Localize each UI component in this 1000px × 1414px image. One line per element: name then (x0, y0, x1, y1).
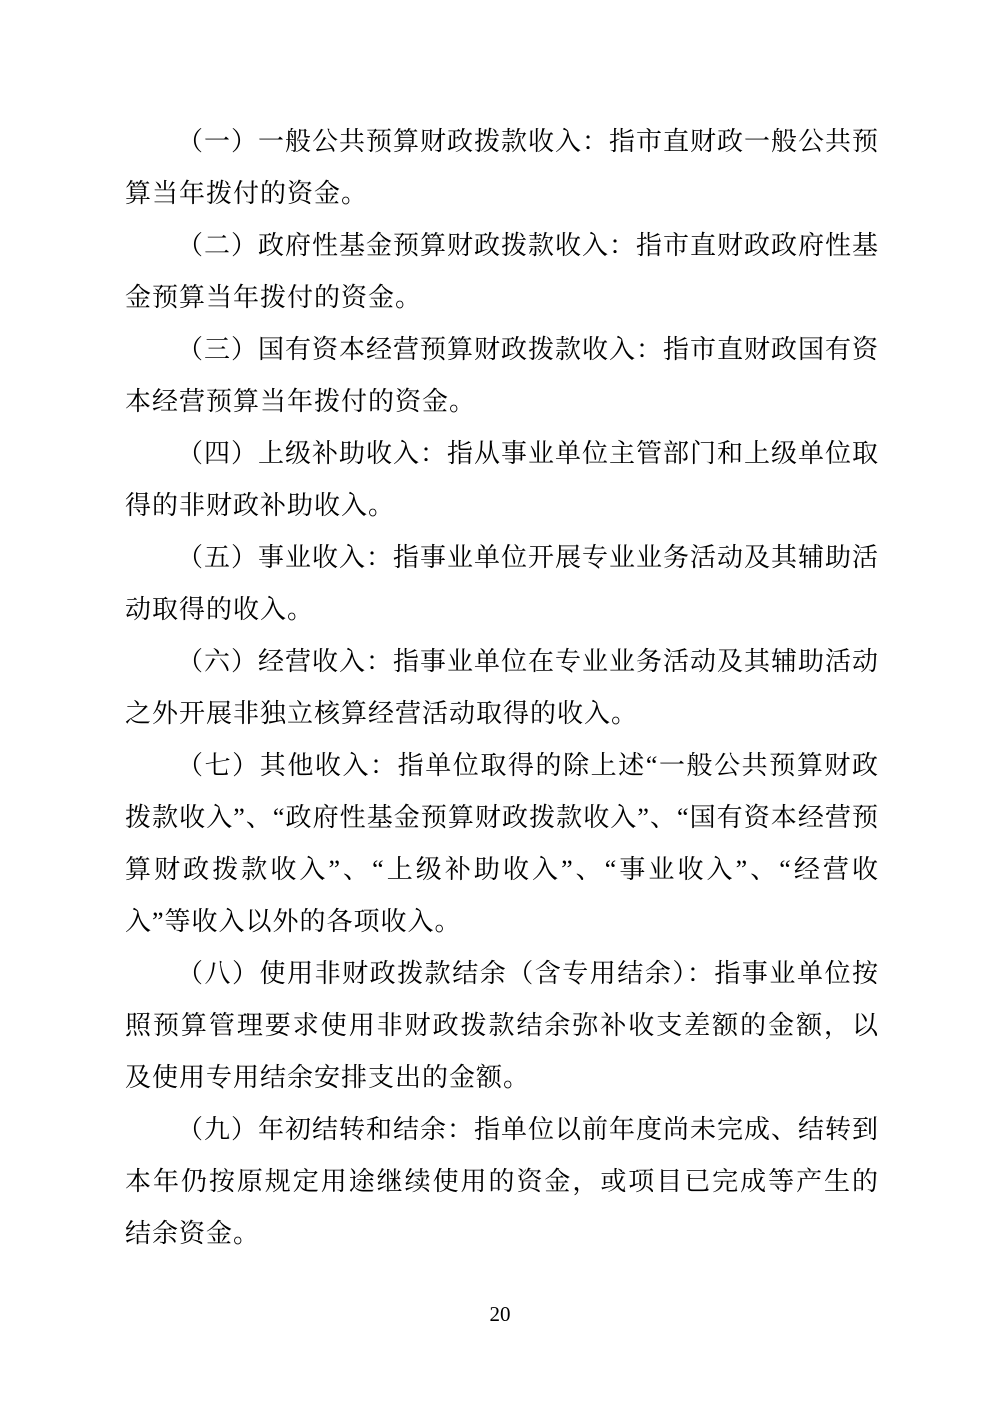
paragraph-2: （二）政府性基金预算财政拨款收入：指市直财政政府性基金预算当年拨付的资金。 (125, 220, 879, 324)
document-body: （一）一般公共预算财政拨款收入：指市直财政一般公共预算当年拨付的资金。 （二）政… (125, 116, 879, 1260)
paragraph-9: （九）年初结转和结余：指单位以前年度尚未完成、结转到本年仍按原规定用途继续使用的… (125, 1104, 879, 1260)
paragraph-4: （四）上级补助收入：指从事业单位主管部门和上级单位取得的非财政补助收入。 (125, 428, 879, 532)
page-number: 20 (0, 1302, 1000, 1327)
paragraph-1: （一）一般公共预算财政拨款收入：指市直财政一般公共预算当年拨付的资金。 (125, 116, 879, 220)
paragraph-3: （三）国有资本经营预算财政拨款收入：指市直财政国有资本经营预算当年拨付的资金。 (125, 324, 879, 428)
paragraph-6: （六）经营收入：指事业单位在专业业务活动及其辅助活动之外开展非独立核算经营活动取… (125, 636, 879, 740)
paragraph-5: （五）事业收入：指事业单位开展专业业务活动及其辅助活动取得的收入。 (125, 532, 879, 636)
paragraph-7: （七）其他收入：指单位取得的除上述“一般公共预算财政拨款收入”、“政府性基金预算… (125, 740, 879, 948)
document-page: （一）一般公共预算财政拨款收入：指市直财政一般公共预算当年拨付的资金。 （二）政… (0, 0, 1000, 1414)
paragraph-8: （八）使用非财政拨款结余（含专用结余）：指事业单位按照预算管理要求使用非财政拨款… (125, 948, 879, 1104)
